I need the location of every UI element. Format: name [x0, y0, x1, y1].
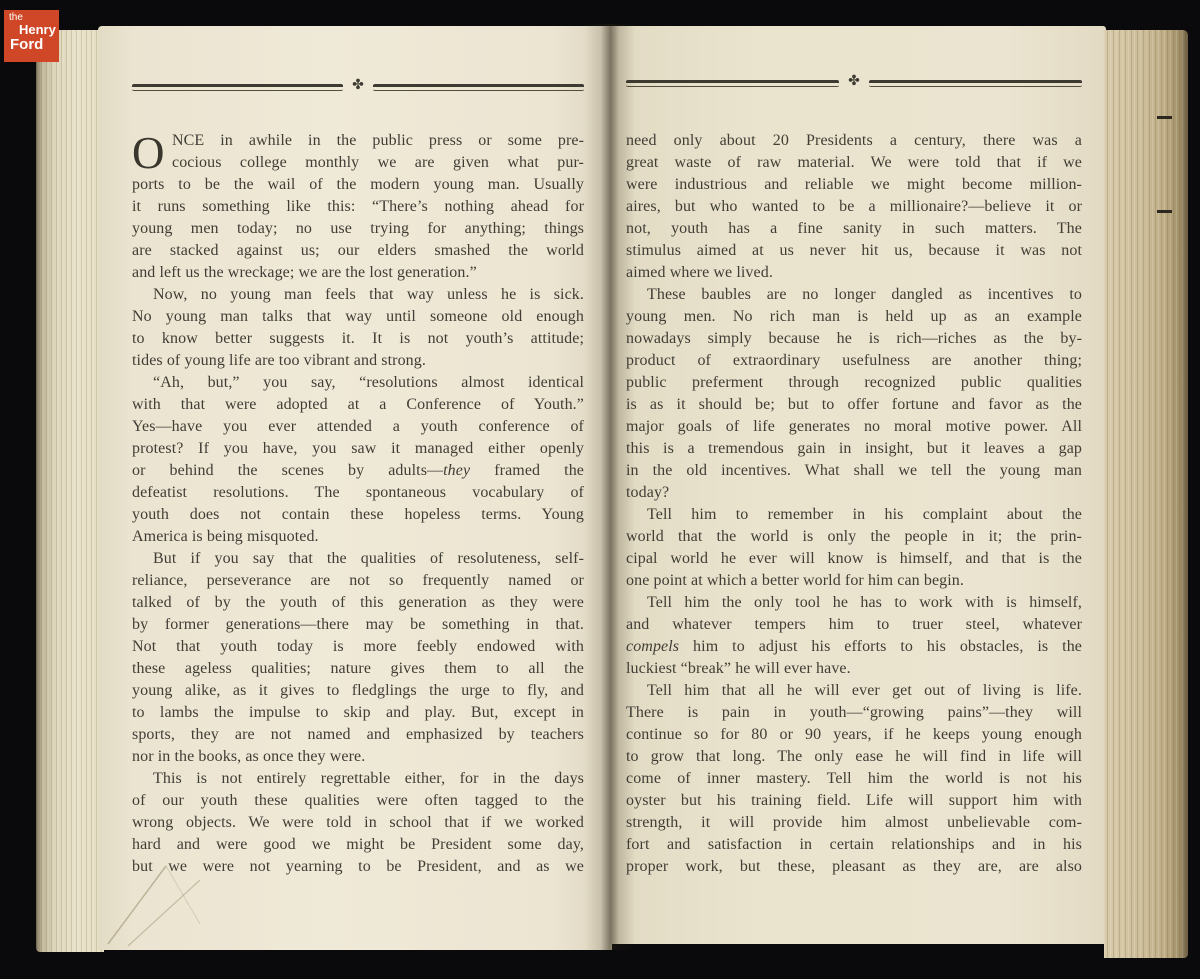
fleuron-ornament-icon: ✤ [352, 82, 364, 89]
henry-ford-logo: the Henry Ford [4, 10, 59, 62]
text-line: Tell him that all he will ever get out o… [626, 680, 1082, 702]
text-line: Now, no young man feels that way unless … [132, 284, 584, 306]
text-line: oyster but his training field. Life will… [626, 790, 1082, 812]
text-line: These baubles are no longer dangled as i… [626, 284, 1082, 306]
text-line: to lambs the impulse to skip and play. B… [132, 702, 584, 724]
text-line: are stacked against us; our elders smash… [132, 240, 584, 262]
text-line: stimulus aimed at us never hit us, becau… [626, 240, 1082, 262]
text-line: public preferment through recognized pub… [626, 372, 1082, 394]
text-line: product of extraordinary usefulness are … [626, 350, 1082, 372]
text-line: world that the world is only the people … [626, 526, 1082, 548]
text-line: protest? If you have, you saw it managed… [132, 438, 584, 460]
paragraph: This is not entirely regrettable either,… [132, 768, 584, 878]
text-line: it runs something like this: “There’s no… [132, 196, 584, 218]
text-line: But if you say that the qualities of res… [132, 548, 584, 570]
text-line: proper work, but these, pleasant as they… [626, 856, 1082, 878]
text-line: No young man talks that way until someon… [132, 306, 584, 328]
text-line: aimed where we lived. [626, 262, 1082, 284]
right-page: ✤ need only about 20 Presidents a centur… [610, 26, 1106, 944]
text-line: young men. No rich man is held up as an … [626, 306, 1082, 328]
text-line: compels him to adjust his efforts to his… [626, 636, 1082, 658]
text-line: NCE in awhile in the public press or som… [132, 130, 584, 152]
header-rule-right: ✤ [626, 80, 1082, 87]
rule-segment [373, 84, 584, 91]
text-line: Tell him the only tool he has to work wi… [626, 592, 1082, 614]
paragraph: These baubles are no longer dangled as i… [626, 284, 1082, 504]
book-gutter-shadow [584, 24, 636, 950]
text-line: luckiest “break” he will ever have. [626, 658, 1082, 680]
text-line: aires, but who wanted to be a millionair… [626, 196, 1082, 218]
text-line: to know better suggests it. It is not yo… [132, 328, 584, 350]
text-line: youth does not contain these hopeless te… [132, 504, 584, 526]
fleuron-ornament-icon: ✤ [848, 78, 860, 85]
left-page: ✤ ONCE in awhile in the public press or … [98, 26, 612, 950]
text-line: in the old incentives. What shall we tel… [626, 460, 1082, 482]
text-line: fort and satisfaction in certain relatio… [626, 834, 1082, 856]
fore-edge-mark [1157, 210, 1172, 213]
text-line: and whatever tempers him to truer steel,… [626, 614, 1082, 636]
text-line: cocious college monthly we are given wha… [132, 152, 584, 174]
text-line: tides of young life are too vibrant and … [132, 350, 584, 372]
text-line: by former generations—there may be somet… [132, 614, 584, 636]
text-line: and left us the wreckage; we are the los… [132, 262, 584, 284]
text-line: major goals of life generates no moral m… [626, 416, 1082, 438]
text-line: or behind the scenes by adults—they fram… [132, 460, 584, 482]
header-rule-left: ✤ [132, 84, 584, 91]
text-line: strength, it will provide him almost unb… [626, 812, 1082, 834]
right-page-text: need only about 20 Presidents a century,… [626, 130, 1082, 878]
left-page-text: ONCE in awhile in the public press or so… [132, 130, 584, 878]
text-line: talked of by the youth of this generatio… [132, 592, 584, 614]
text-line: America is being misquoted. [132, 526, 584, 548]
text-line: young alike, as it gives to fledglings t… [132, 680, 584, 702]
paragraph: need only about 20 Presidents a century,… [626, 130, 1082, 284]
text-line: with that were adopted at a Conference o… [132, 394, 584, 416]
text-line: these ageless qualities; nature gives th… [132, 658, 584, 680]
text-line: sports, they are not named and emphasize… [132, 724, 584, 746]
text-line: nor in the books, as once they were. [132, 746, 584, 768]
fore-edge-page-stack [1104, 30, 1188, 958]
left-page-edge-stack [36, 30, 104, 952]
text-line: cipal world he ever will know is himself… [626, 548, 1082, 570]
text-line: come of inner mastery. Tell him the worl… [626, 768, 1082, 790]
paragraph: Tell him to remember in his complaint ab… [626, 504, 1082, 592]
rule-segment [869, 80, 1082, 87]
text-line: of our youth these qualities were often … [132, 790, 584, 812]
text-line: reliance, perseverance are not so freque… [132, 570, 584, 592]
text-line: Tell him to remember in his complaint ab… [626, 504, 1082, 526]
text-line: to grow that long. The only ease he will… [626, 746, 1082, 768]
rule-segment [132, 84, 343, 91]
text-line: This is not entirely regrettable either,… [132, 768, 584, 790]
text-line: one point at which a better world for hi… [626, 570, 1082, 592]
text-line: were industrious and reliable we might b… [626, 174, 1082, 196]
paragraph: “Ah, but,” you say, “resolutions almost … [132, 372, 584, 548]
text-line: hard and were good we might be President… [132, 834, 584, 856]
open-book: ✤ ONCE in awhile in the public press or … [36, 20, 1186, 954]
paragraph: Now, no young man feels that way unless … [132, 284, 584, 372]
text-line: nowadays simply because he is rich—riche… [626, 328, 1082, 350]
text-line: Yes—have you ever attended a youth confe… [132, 416, 584, 438]
text-line: young men today; no use trying for anyth… [132, 218, 584, 240]
fore-edge-mark [1157, 116, 1172, 119]
text-line: great waste of raw material. We were tol… [626, 152, 1082, 174]
folded-corner-crease [104, 864, 234, 948]
drop-cap: O [132, 133, 165, 173]
text-line: today? [626, 482, 1082, 504]
paragraph: Tell him the only tool he has to work wi… [626, 592, 1082, 680]
text-line: wrong objects. We were told in school th… [132, 812, 584, 834]
text-line: ports to be the wail of the modern young… [132, 174, 584, 196]
text-line: continue so for 80 or 90 years, if he ke… [626, 724, 1082, 746]
text-line: “Ah, but,” you say, “resolutions almost … [132, 372, 584, 394]
text-line: Not that youth today is more feebly endo… [132, 636, 584, 658]
paragraph: But if you say that the qualities of res… [132, 548, 584, 768]
text-line: need only about 20 Presidents a century,… [626, 130, 1082, 152]
paragraph: Tell him that all he will ever get out o… [626, 680, 1082, 878]
text-line: There is pain in youth—“growing pains”—t… [626, 702, 1082, 724]
paragraph: ONCE in awhile in the public press or so… [132, 130, 584, 284]
text-line: this is a tremendous gain in insight, bu… [626, 438, 1082, 460]
logo-text-ford: Ford [10, 37, 59, 53]
rule-segment [626, 80, 839, 87]
text-line: not, youth has a fine sanity in such mat… [626, 218, 1082, 240]
text-line: is as it should be; but to offer fortune… [626, 394, 1082, 416]
logo-text-henry: Henry [19, 23, 59, 37]
text-line: defeatist resolutions. The spontaneous v… [132, 482, 584, 504]
photo-background: the Henry Ford ✤ ONCE in awhile in the p… [0, 0, 1200, 979]
